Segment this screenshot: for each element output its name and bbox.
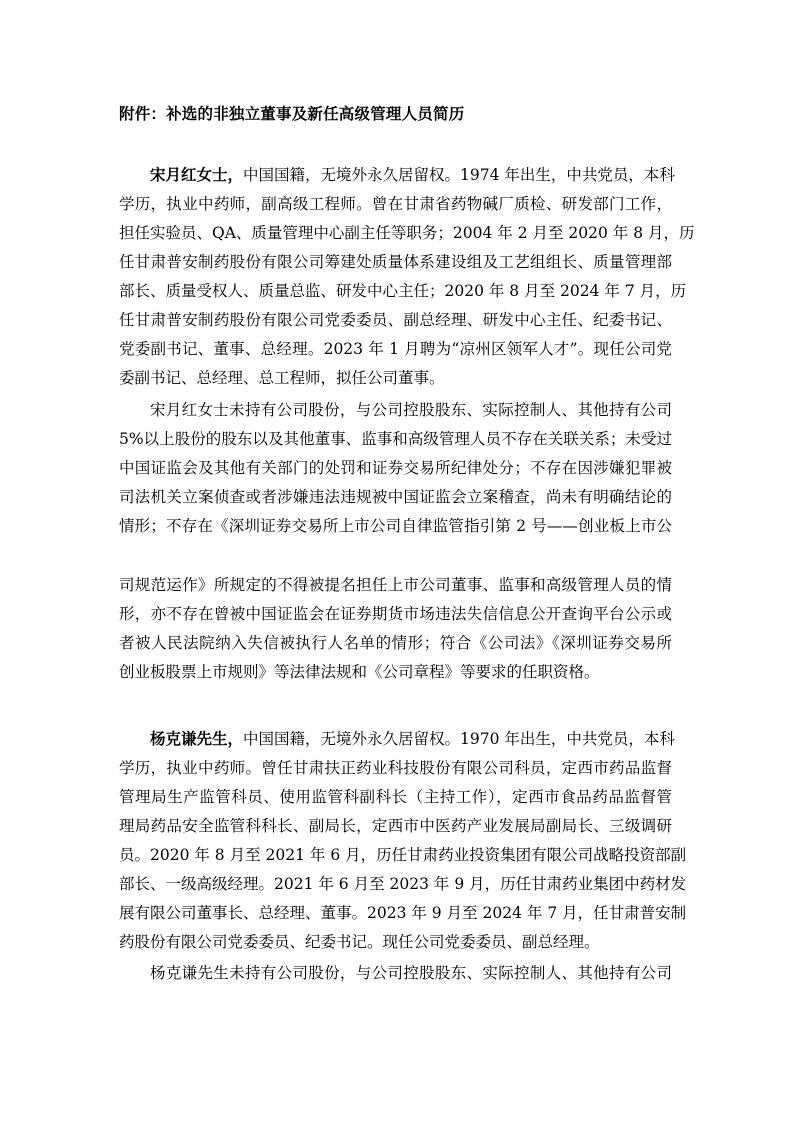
bio-paragraph-line: 杨克谦先生，中国国籍，无境外永久居留权。1970 年出生，中共党员，本科 [150, 729, 672, 749]
bio-paragraph-line: 委副书记、总经理、总工程师，拟任公司董事。 [119, 368, 672, 388]
bio-paragraph-line: 展有限公司董事长、总经理、董事。2023 年 9 月至 2024 年 7 月，任… [119, 903, 672, 923]
bio-paragraph-line: 任甘肃普安制药股份有限公司筹建处质量体系建设组及工艺组组长、质量管理部 [119, 252, 672, 272]
person-name: 杨克谦先生， [150, 730, 243, 748]
bio-paragraph-line: 药股份有限公司党委委员、纪委书记。现任公司党委委员、副总经理。 [119, 932, 672, 952]
qualification-paragraph-line: 创业板股票上市规则》等法律法规和《公司章程》等要求的任职资格。 [119, 662, 672, 682]
bio-paragraph-line: 部长、一级高级经理。2021 年 6 月至 2023 年 9 月，历任甘肃药业集… [119, 874, 672, 894]
bio-paragraph-line: 管理局生产监管科员、使用监管科副科长（主持工作），定西市食品药品监督管 [119, 787, 672, 807]
qualification-paragraph-line: 杨克谦先生未持有公司股份，与公司控股股东、实际控制人、其他持有公司 [150, 963, 672, 983]
qualification-paragraph-line: 情形；不存在《深圳证券交易所上市公司自律监管指引第 2 号——创业板上市公 [119, 516, 672, 536]
bio-paragraph-line: 部长、质量受权人、质量总监、研发中心主任；2020 年 8 月至 2024 年 … [119, 281, 672, 301]
qualification-paragraph-line: 形，亦不存在曾被中国证监会在证券期货市场违法失信信息公开查询平台公示或 [119, 604, 672, 624]
bio-paragraph-line: 学历，执业中药师，副高级工程师。曾在甘肃省药物碱厂质检、研发部门工作， [119, 194, 672, 214]
qualification-paragraph-line: 中国证监会及其他有关部门的处罚和证券交易所纪律处分；不存在因涉嫌犯罪被 [119, 458, 672, 478]
bio-paragraph-line: 党委副书记、董事、总经理。2023 年 1 月聘为“凉州区领军人才”。现任公司党 [119, 339, 672, 359]
qualification-paragraph-line: 司法机关立案侦查或者涉嫌违法违规被中国证监会立案稽查，尚未有明确结论的 [119, 487, 672, 507]
qualification-paragraph-line: 司规范运作》所规定的不得被提名担任上市公司董事、监事和高级管理人员的情 [119, 575, 672, 595]
bio-paragraph-line: 宋月红女士，中国国籍，无境外永久居留权。1974 年出生，中共党员，本科 [150, 165, 672, 185]
person-name: 宋月红女士， [150, 166, 243, 184]
qualification-paragraph-line: 宋月红女士未持有公司股份，与公司控股股东、实际控制人、其他持有公司 [150, 400, 672, 420]
document-title: 附件：补选的非独立董事及新任高级管理人员简历 [119, 102, 464, 124]
bio-paragraph-line: 学历，执业中药师。曾任甘肃扶正药业科技股份有限公司科员，定西市药品监督 [119, 758, 672, 778]
qualification-paragraph-line: 者被人民法院纳入失信被执行人名单的情形；符合《公司法》《深圳证券交易所 [119, 633, 672, 653]
bio-paragraph-line: 员。2020 年 8 月至 2021 年 6 月，历任甘肃药业投资集团有限公司战… [119, 845, 672, 865]
bio-paragraph-line: 理局药品安全监管科科长、副局长，定西市中医药产业发展局副局长、三级调研 [119, 816, 672, 836]
bio-paragraph-line: 任甘肃普安制药股份有限公司党委委员、副总经理、研发中心主任、纪委书记、 [119, 310, 672, 330]
bio-paragraph-line: 担任实验员、QA、质量管理中心副主任等职务；2004 年 2 月至 2020 年… [119, 223, 672, 243]
qualification-paragraph-line: 5%以上股份的股东以及其他董事、监事和高级管理人员不存在关联关系；未受过 [119, 429, 672, 449]
document-page: 附件：补选的非独立董事及新任高级管理人员简历 宋月红女士，中国国籍，无境外永久居… [0, 0, 794, 1122]
